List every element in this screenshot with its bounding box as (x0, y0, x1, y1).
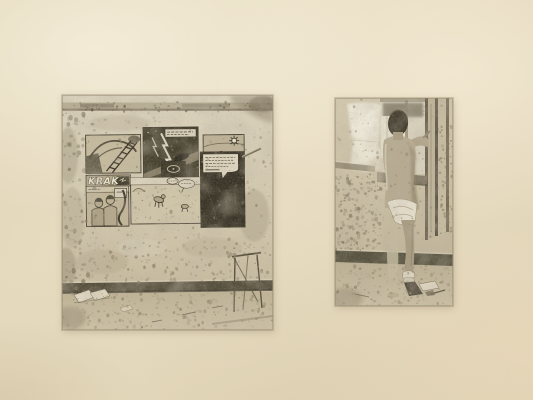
right-print-canvas (335, 98, 453, 306)
left-print-canvas: KRAK (62, 95, 273, 330)
photograph: KRAK (0, 0, 533, 400)
grain-texture (62, 95, 273, 330)
grain-texture (335, 98, 453, 306)
left-print-comic-wall: KRAK (62, 95, 273, 330)
right-print-figure-window (335, 98, 453, 306)
